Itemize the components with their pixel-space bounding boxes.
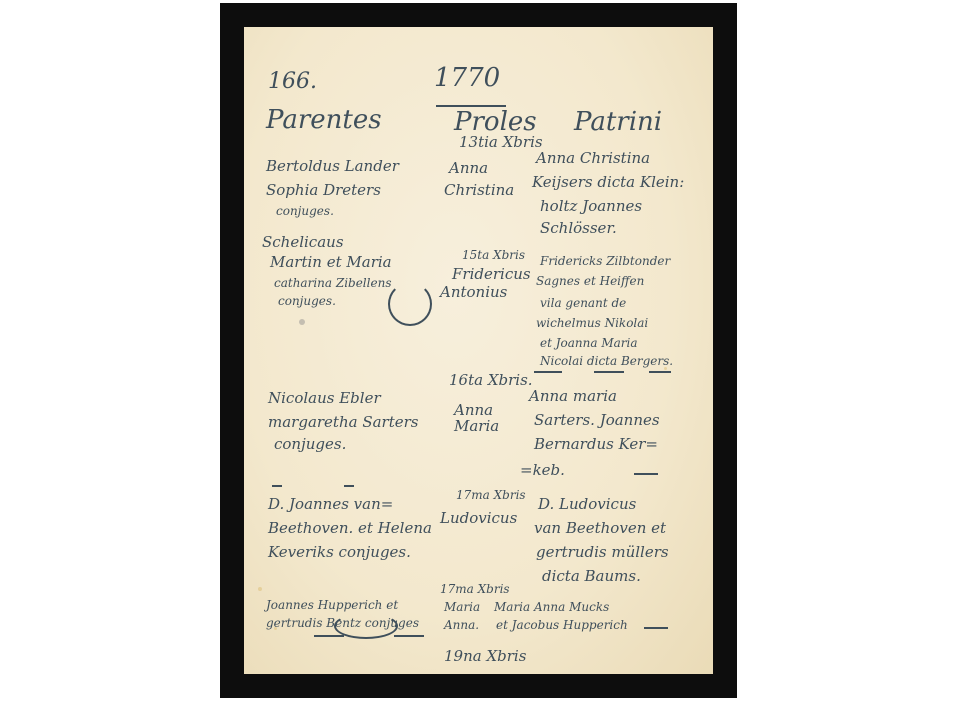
baptism-date: 15ta Xbris bbox=[462, 249, 525, 261]
separator-dash bbox=[344, 485, 354, 487]
child-name: Fridericus bbox=[452, 267, 531, 282]
child-name: Anna bbox=[449, 161, 488, 176]
parents-line: conjuges. bbox=[276, 205, 334, 217]
godparents-line: et Joanna Maria bbox=[540, 337, 638, 349]
godparents-line: =keb. bbox=[520, 463, 565, 478]
godparents-line: et Jacobus Hupperich bbox=[496, 619, 628, 631]
godparents-line: Sarters. Joannes bbox=[534, 413, 660, 428]
black-frame: 166. 1770 Parentes Proles Patrini 13tia … bbox=[220, 3, 737, 698]
godparents-line: Bernardus Ker= bbox=[534, 437, 658, 452]
column-header-parents: Parentes bbox=[266, 107, 382, 133]
parents-line: Sophia Dreters bbox=[266, 183, 381, 198]
child-name: Maria bbox=[454, 419, 499, 434]
godparents-line: wichelmus Nikolai bbox=[536, 317, 648, 329]
parents-line: catharina Zibellens bbox=[274, 277, 391, 289]
godparents-line: Sagnes et Heiffen bbox=[536, 275, 644, 287]
parents-line: D. Joannes van= bbox=[268, 497, 393, 512]
baptism-date: 13tia Xbris bbox=[459, 135, 543, 150]
footer-date: 19na Xbris bbox=[444, 649, 526, 664]
page-number: 166. bbox=[268, 71, 317, 93]
godparents-line: van Beethoven et bbox=[534, 521, 666, 536]
parents-line: Beethoven. et Helena bbox=[268, 521, 432, 536]
godparents-line: Schlösser. bbox=[540, 221, 617, 236]
child-name: Anna. bbox=[444, 619, 479, 631]
child-name: Christina bbox=[444, 183, 514, 198]
godparents-line: Nicolai dicta Bergers. bbox=[540, 355, 673, 367]
godparents-line: holtz Joannes bbox=[540, 199, 642, 214]
column-header-proles: Proles bbox=[454, 109, 537, 135]
godparents-line: Maria Anna Mucks bbox=[494, 601, 609, 613]
parents-line: conjuges. bbox=[278, 295, 336, 307]
separator-dash bbox=[649, 371, 671, 373]
godparents-line: Fridericks Zilbtonder bbox=[540, 255, 670, 267]
parents-line: Keveriks conjuges. bbox=[268, 545, 411, 560]
parents-line: Nicolaus Ebler bbox=[268, 391, 381, 406]
parents-line: Joannes Hupperich et bbox=[266, 599, 398, 611]
godparents-line: Anna Christina bbox=[536, 151, 650, 166]
parents-line: margaretha Sarters bbox=[268, 415, 419, 430]
separator-dash bbox=[634, 473, 658, 475]
godparents-line: gertrudis müllers bbox=[536, 545, 669, 560]
baptism-date: 17ma Xbris bbox=[456, 489, 526, 501]
godparents-line: dicta Baums. bbox=[542, 569, 641, 584]
parents-line: conjuges. bbox=[274, 437, 346, 452]
ink-blot bbox=[299, 319, 305, 325]
godparents-line: D. Ludovicus bbox=[538, 497, 636, 512]
foxing-spot bbox=[258, 587, 262, 591]
parents-line: Schelicaus bbox=[262, 235, 344, 250]
godparents-line: Keijsers dicta Klein: bbox=[532, 175, 684, 190]
register-page: 166. 1770 Parentes Proles Patrini 13tia … bbox=[244, 27, 713, 674]
separator-dash bbox=[644, 627, 668, 629]
year-heading: 1770 bbox=[434, 65, 500, 91]
parents-line: Martin et Maria bbox=[270, 255, 392, 270]
column-header-patrini: Patrini bbox=[574, 109, 662, 135]
signature-flourish bbox=[388, 282, 432, 326]
godparents-line: Anna maria bbox=[529, 389, 617, 404]
child-name: Anna bbox=[454, 403, 493, 418]
separator-dash bbox=[594, 371, 624, 373]
child-name: Antonius bbox=[440, 285, 507, 300]
separator-dash bbox=[314, 635, 344, 637]
baptism-date: 17ma Xbris bbox=[440, 583, 510, 595]
baptism-date: 16ta Xbris. bbox=[449, 373, 533, 388]
separator-dash bbox=[534, 371, 562, 373]
godparents-line: vila genant de bbox=[540, 297, 626, 309]
separator-dash bbox=[272, 485, 282, 487]
child-name: Maria bbox=[444, 601, 480, 613]
child-name: Ludovicus bbox=[440, 511, 517, 526]
separator-dash bbox=[394, 635, 424, 637]
parents-line: Bertoldus Lander bbox=[266, 159, 399, 174]
